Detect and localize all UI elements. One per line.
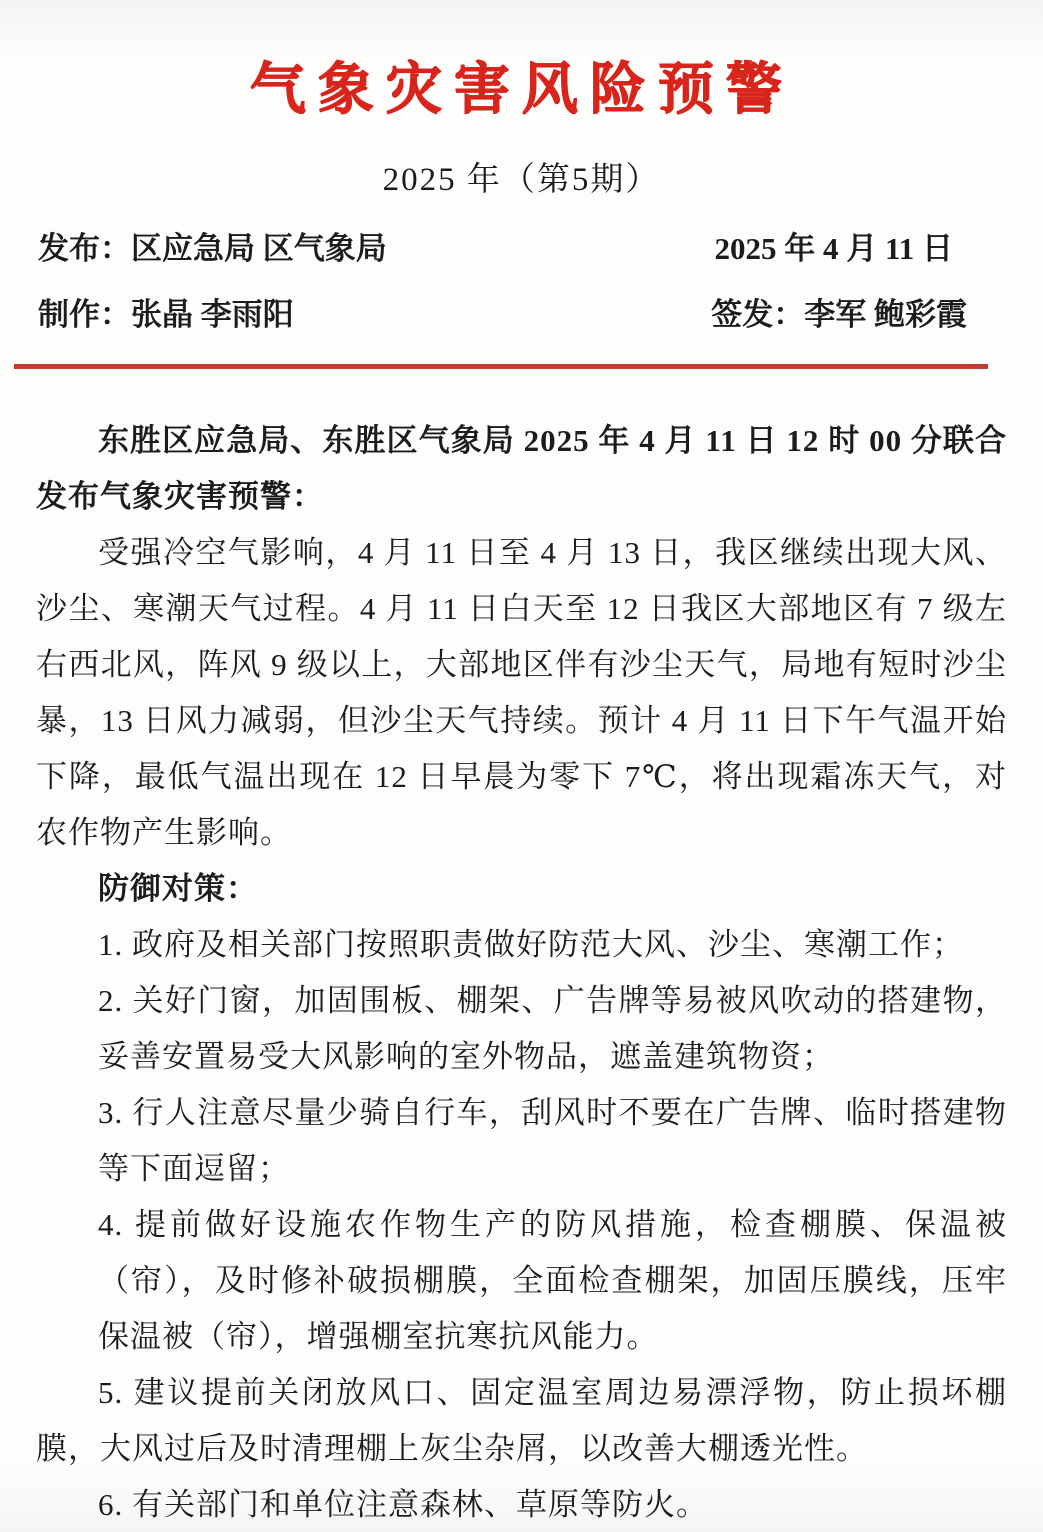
publisher-row: 发布：区应急局 区气象局 2025 年 4 月 11 日 — [38, 230, 1005, 268]
document-title: 气象灾害风险预警 — [0, 0, 1043, 122]
countermeasure-item: 1. 政府及相关部门按照职责做好防范大风、沙尘、寒潮工作； — [36, 917, 1007, 973]
issue-date: 2025 年 4 月 11 日 — [714, 230, 1005, 268]
countermeasure-item: 6. 有关部门和单位注意森林、草原等防火。 — [36, 1477, 1007, 1532]
producer-cell: 制作：张晶 李雨阳 — [38, 296, 294, 334]
signer-cell: 签发：李军 鲍彩霞 — [711, 296, 1005, 334]
producer-row: 制作：张晶 李雨阳 签发：李军 鲍彩霞 — [38, 296, 1005, 334]
warning-document: 气象灾害风险预警 2025 年（第5期） 发布：区应急局 区气象局 2025 年… — [0, 0, 1043, 1532]
countermeasures-heading: 防御对策： — [36, 861, 1007, 917]
document-body: 东胜区应急局、东胜区气象局 2025 年 4 月 11 日 12 时 00 分联… — [0, 413, 1043, 1532]
countermeasure-item: 2. 关好门窗，加固围板、棚架、广告牌等易被风吹动的搭建物，妥善安置易受大风影响… — [98, 973, 1007, 1085]
publisher-cell: 发布：区应急局 区气象局 — [38, 230, 387, 268]
countermeasure-item: 3. 行人注意尽量少骑自行车，刮风时不要在广告牌、临时搭建物等下面逗留； — [98, 1085, 1007, 1197]
intro-paragraph: 东胜区应急局、东胜区气象局 2025 年 4 月 11 日 12 时 00 分联… — [36, 413, 1007, 525]
red-divider-line — [14, 364, 988, 369]
countermeasure-item: 5. 建议提前关闭放风口、固定温室周边易漂浮物，防止损坏棚膜，大风过后及时清理棚… — [36, 1365, 1007, 1477]
countermeasure-item: 4. 提前做好设施农作物生产的防风措施，检查棚膜、保温被（帘），及时修补破损棚膜… — [98, 1197, 1007, 1365]
document-meta: 发布：区应急局 区气象局 2025 年 4 月 11 日 制作：张晶 李雨阳 签… — [0, 230, 1043, 334]
signer-label: 签发： — [711, 297, 804, 332]
publisher-label: 发布： — [38, 231, 131, 266]
situation-paragraph: 受强冷空气影响，4 月 11 日至 4 月 13 日，我区继续出现大风、沙尘、寒… — [36, 525, 1007, 861]
producer-label: 制作： — [38, 297, 131, 332]
producer-value: 张晶 李雨阳 — [131, 297, 294, 332]
signer-value: 李军 鲍彩霞 — [804, 297, 967, 332]
issue-number: 2025 年（第5期） — [0, 122, 1043, 200]
publisher-value: 区应急局 区气象局 — [131, 231, 387, 266]
